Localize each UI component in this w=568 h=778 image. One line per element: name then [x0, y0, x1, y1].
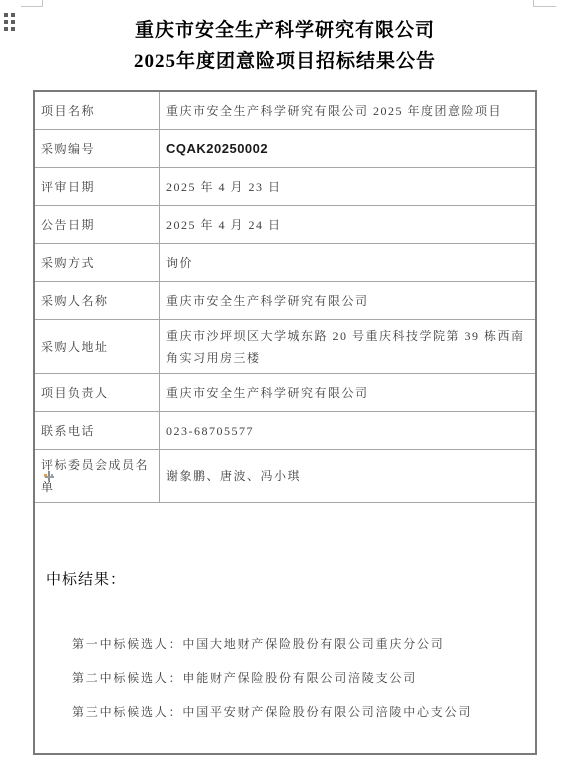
- table-row: 评审日期 2025 年 4 月 23 日: [34, 168, 536, 206]
- row-value[interactable]: 2025 年 4 月 24 日: [160, 206, 537, 244]
- candidate-line: 第一中标候选人：中国大地财产保险股份有限公司重庆分公司: [72, 636, 529, 652]
- drag-handle-icon[interactable]: [4, 13, 15, 31]
- candidate-line: 第二中标候选人：申能财产保险股份有限公司涪陵支公司: [72, 670, 529, 686]
- row-label[interactable]: 公告日期: [34, 206, 160, 244]
- title-line-1: 重庆市安全生产科学研究有限公司: [33, 15, 537, 46]
- result-heading: 中标结果：: [46, 572, 529, 588]
- row-label[interactable]: 项目名称: [34, 91, 160, 130]
- row-label[interactable]: 项目负责人: [34, 374, 160, 412]
- row-label[interactable]: 联系电话: [34, 412, 160, 450]
- table-row: 采购人地址 重庆市沙坪坝区大学城东路 20 号重庆科技学院第 39 栋西南角实习…: [34, 320, 536, 374]
- dot: [11, 20, 15, 24]
- candidate-line: 第三中标候选人：中国平安财产保险股份有限公司涪陵中心支公司: [72, 704, 529, 720]
- dot: [11, 27, 15, 31]
- candidate-label: 第三中标候选人：: [72, 705, 182, 719]
- result-cell[interactable]: 中标结果： 第一中标候选人：中国大地财产保险股份有限公司重庆分公司 第二中标候选…: [34, 503, 536, 755]
- row-value[interactable]: 谢象鹏、唐波、冯小琪: [160, 450, 537, 503]
- row-label[interactable]: 采购方式: [34, 244, 160, 282]
- margin-mark-top-right: [533, 0, 556, 7]
- title-line-2: 2025年度团意险项目招标结果公告: [33, 46, 537, 77]
- table-row: 评标委员会成员名单 谢象鹏、唐波、冯小琪: [34, 450, 536, 503]
- row-label[interactable]: 评审日期: [34, 168, 160, 206]
- row-value[interactable]: 重庆市沙坪坝区大学城东路 20 号重庆科技学院第 39 栋西南角实习用房三楼: [160, 320, 537, 374]
- dot: [4, 20, 8, 24]
- row-label[interactable]: 采购人地址: [34, 320, 160, 374]
- row-label[interactable]: 采购编号: [34, 130, 160, 168]
- table-row-result: 中标结果： 第一中标候选人：中国大地财产保险股份有限公司重庆分公司 第二中标候选…: [34, 503, 536, 755]
- candidate-company: 申能财产保险股份有限公司涪陵支公司: [182, 671, 417, 685]
- row-value[interactable]: 023-68705577: [160, 412, 537, 450]
- candidate-label: 第二中标候选人：: [72, 671, 182, 685]
- document-page: 重庆市安全生产科学研究有限公司 2025年度团意险项目招标结果公告 项目名称 重…: [0, 0, 568, 778]
- row-value[interactable]: 重庆市安全生产科学研究有限公司: [160, 282, 537, 320]
- table-row: 采购方式 询价: [34, 244, 536, 282]
- table-row: 项目名称 重庆市安全生产科学研究有限公司 2025 年度团意险项目: [34, 91, 536, 130]
- dot: [4, 13, 8, 17]
- candidate-label: 第一中标候选人：: [72, 637, 182, 651]
- row-value[interactable]: 重庆市安全生产科学研究有限公司 2025 年度团意险项目: [160, 91, 537, 130]
- row-value[interactable]: 询价: [160, 244, 537, 282]
- candidate-list: 第一中标候选人：中国大地财产保险股份有限公司重庆分公司 第二中标候选人：申能财产…: [72, 636, 529, 720]
- table-row: 公告日期 2025 年 4 月 24 日: [34, 206, 536, 244]
- row-value[interactable]: CQAK20250002: [160, 130, 537, 168]
- purchase-code: CQAK20250002: [166, 141, 268, 156]
- candidate-company: 中国大地财产保险股份有限公司重庆分公司: [182, 637, 444, 651]
- table-row: 联系电话 023-68705577: [34, 412, 536, 450]
- candidate-company: 中国平安财产保险股份有限公司涪陵中心支公司: [182, 705, 472, 719]
- row-value[interactable]: 重庆市安全生产科学研究有限公司: [160, 374, 537, 412]
- row-value[interactable]: 2025 年 4 月 23 日: [160, 168, 537, 206]
- object-anchor-icon: [44, 471, 54, 484]
- info-table: 项目名称 重庆市安全生产科学研究有限公司 2025 年度团意险项目 采购编号 C…: [33, 90, 537, 755]
- table-row: 采购编号 CQAK20250002: [34, 130, 536, 168]
- row-label[interactable]: 采购人名称: [34, 282, 160, 320]
- dot: [4, 27, 8, 31]
- dot: [11, 13, 15, 17]
- table-row: 采购人名称 重庆市安全生产科学研究有限公司: [34, 282, 536, 320]
- table-row: 项目负责人 重庆市安全生产科学研究有限公司: [34, 374, 536, 412]
- margin-mark-top-left: [21, 0, 43, 7]
- document-title[interactable]: 重庆市安全生产科学研究有限公司 2025年度团意险项目招标结果公告: [33, 15, 537, 77]
